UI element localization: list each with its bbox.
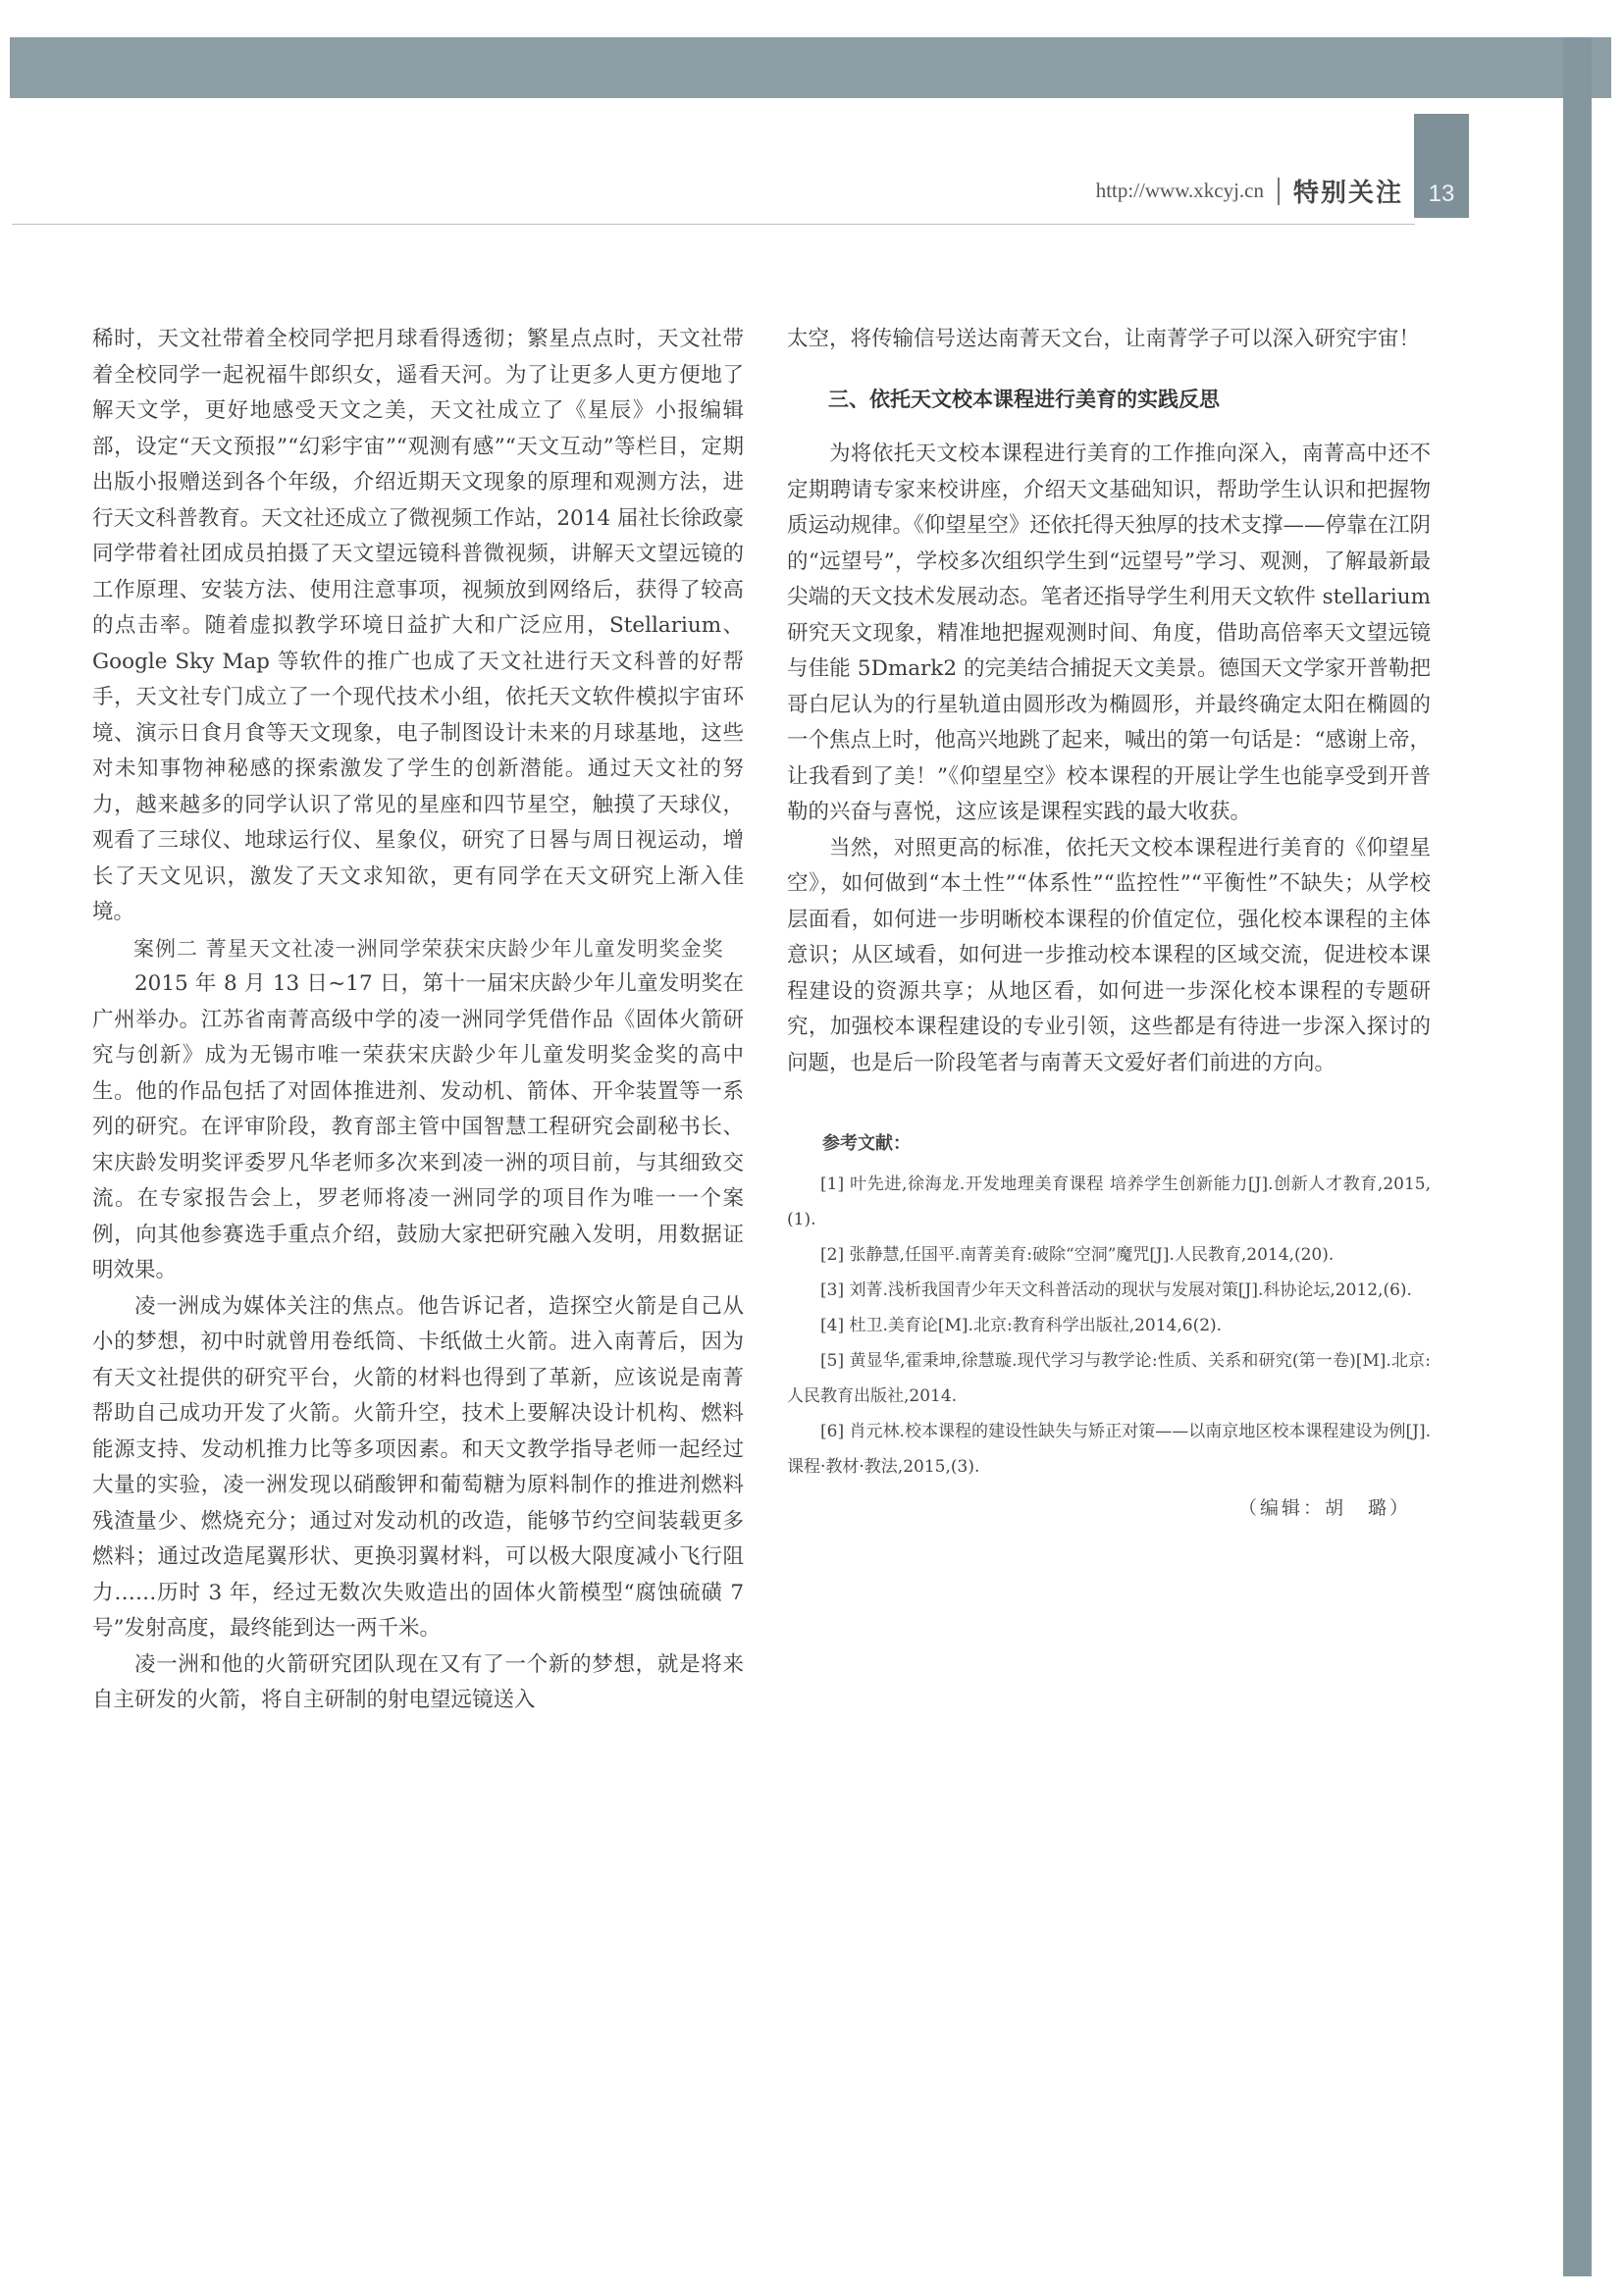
case-title: 案例二 菁星天文社凌一洲同学荣获宋庆龄少年儿童发明奖金奖 <box>92 931 744 967</box>
reference-item: [4] 杜卫.美育论[M].北京:教育科学出版社,2014,6(2). <box>787 1308 1431 1343</box>
running-header: http://www.xkcyj.cn 特别关注 <box>1096 173 1403 209</box>
decorative-top-band <box>10 37 1611 98</box>
reference-item: [3] 刘菁.浅析我国青少年天文科普活动的现状与发展对策[J].科协论坛,201… <box>787 1273 1431 1308</box>
paragraph: 凌一洲和他的火箭研究团队现在又有了一个新的梦想，就是将来自主研发的火箭，将自主研… <box>92 1647 744 1719</box>
page-number: 13 <box>1429 181 1455 218</box>
reference-item: [2] 张静慧,任国平.南菁美育:破除“空洞”魔咒[J].人民教育,2014,(… <box>787 1237 1431 1273</box>
section-heading: 三、依托天文校本课程进行美育的实践反思 <box>787 382 1431 418</box>
reference-item: [1] 叶先进,徐海龙.开发地理美育课程 培养学生创新能力[J].创新人才教育,… <box>787 1167 1431 1237</box>
paragraph: 为将依托天文校本课程进行美育的工作推向深入，南菁高中还不定期聘请专家来校讲座，介… <box>787 437 1431 831</box>
page-number-tab: 13 <box>1414 114 1469 218</box>
references-title: 参考文献： <box>822 1126 1431 1163</box>
paragraph: 凌一洲成为媒体关注的焦点。他告诉记者，造探空火箭是自己从小的梦想，初中时就曾用卷… <box>92 1289 744 1647</box>
decorative-right-band <box>1563 37 1592 2276</box>
section-name: 特别关注 <box>1293 173 1403 209</box>
journal-url: http://www.xkcyj.cn <box>1096 179 1264 203</box>
reference-item: [6] 肖元林.校本课程的建设性缺失与矫正对策——以南京地区校本课程建设为例[J… <box>787 1414 1431 1485</box>
reference-item: [5] 黄显华,霍秉坤,徐慧璇.现代学习与教学论:性质、关系和研究(第一卷)[M… <box>787 1343 1431 1414</box>
left-column: 稀时，天文社带着全校同学把月球看得透彻；繁星点点时，天文社带着全校同学一起祝福牛… <box>92 322 744 1719</box>
paragraph: 当然，对照更高的标准，依托天文校本课程进行美育的《仰望星空》，如何做到“本土性”… <box>787 831 1431 1082</box>
paragraph: 2015 年 8 月 13 日~17 日，第十一届宋庆龄少年儿童发明奖在广州举办… <box>92 966 744 1289</box>
header-separator <box>1278 178 1280 205</box>
paragraph-continued: 稀时，天文社带着全校同学把月球看得透彻；繁星点点时，天文社带着全校同学一起祝福牛… <box>92 322 744 931</box>
header-rule <box>12 224 1415 225</box>
right-column: 太空，将传输信号送达南菁天文台，让南菁学子可以深入研究宇宙！ 三、依托天文校本课… <box>787 322 1431 1526</box>
paragraph-continued: 太空，将传输信号送达南菁天文台，让南菁学子可以深入研究宇宙！ <box>787 322 1431 358</box>
editor-credit: （编辑：胡 璐） <box>787 1490 1431 1527</box>
